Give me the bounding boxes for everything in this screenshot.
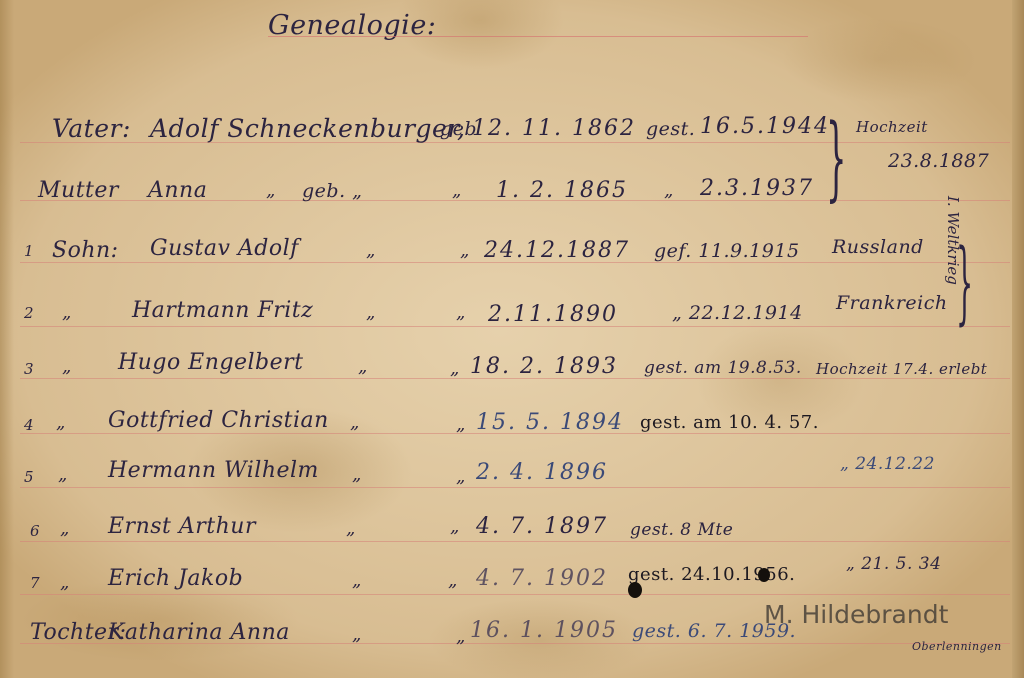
child-death-place: Frankreich — [836, 292, 948, 314]
ditto-mark: „ — [350, 412, 360, 433]
child-name: Hugo Engelbert — [118, 350, 304, 375]
ditto-mark: „ — [456, 302, 466, 323]
wedding-label: Hochzeit — [856, 118, 928, 136]
child-born-date: 24.12.1887 — [484, 238, 630, 263]
child-death-note: „ 22.12.1914 — [672, 302, 803, 324]
child-number: 5 — [24, 468, 34, 486]
ditto-mark: „ — [456, 466, 466, 487]
ditto-mark: „ — [266, 180, 276, 201]
child-born-date: 18. 2. 1893 — [470, 354, 618, 379]
ink-blot — [628, 582, 642, 598]
mother-born-label: geb. „ — [302, 180, 363, 202]
child-born-date: 15. 5. 1894 — [476, 410, 624, 435]
child-born-date: 4. 7. 1902 — [476, 566, 608, 591]
child-name: Gustav Adolf — [150, 236, 299, 261]
child-name: Ernst Arthur — [108, 514, 256, 539]
side-note-ww1: I. Weltkrieg — [944, 196, 962, 285]
ditto-mark: „ — [58, 464, 68, 485]
child-extra-note: „ 21. 5. 34 — [846, 554, 941, 574]
ditto-mark: „ — [456, 414, 466, 435]
ditto-mark: „ — [366, 240, 376, 261]
child-name: Hartmann Fritz — [132, 298, 313, 323]
child-death-note: gest. 24.10.1956. — [628, 564, 795, 585]
child-number: 7 — [30, 574, 40, 592]
mother-died-date: 2.3.1937 — [700, 176, 814, 201]
ditto-mark: „ — [450, 516, 460, 537]
mother-died-label: „ — [664, 180, 674, 201]
ditto-mark: „ — [346, 518, 356, 539]
child-role: Sohn: — [52, 238, 119, 263]
ditto-mark: „ — [62, 302, 72, 323]
father-died-label: gest. — [646, 118, 695, 140]
child-death-note: gest. 8 Mte — [630, 520, 733, 540]
child-number: 3 — [24, 360, 34, 378]
parents-brace: } — [826, 104, 846, 211]
ditto-mark: „ — [450, 358, 460, 379]
ditto-mark: „ — [60, 518, 70, 539]
father-died-date: 16.5.1944 — [700, 114, 830, 139]
watermark: M. Hildebrandt — [764, 600, 948, 629]
ruled-line — [20, 541, 1010, 542]
child-born-date: 2.11.1890 — [488, 302, 618, 327]
ditto-mark: „ — [358, 356, 368, 377]
child-born-date: 4. 7. 1897 — [476, 514, 608, 539]
ditto-mark: „ — [448, 570, 458, 591]
child-number: 2 — [24, 304, 34, 322]
ditto-mark: „ — [352, 570, 362, 591]
child-born-date: 2. 4. 1896 — [476, 460, 608, 485]
child-death-place: Russland — [832, 236, 924, 258]
document-page: Genealogie: Vater: Adolf Schneckenburger… — [0, 0, 1024, 678]
father-role: Vater: — [52, 114, 131, 143]
paper-edge-left — [0, 0, 14, 678]
ditto-mark: „ — [366, 302, 376, 323]
child-born-date: 16. 1. 1905 — [470, 618, 618, 643]
ruled-line — [20, 594, 1010, 595]
mother-name: Anna — [148, 178, 207, 203]
child-extra-note: Oberlenningen — [912, 640, 1002, 653]
child-extra-note: „ 24.12.22 — [840, 454, 935, 474]
ditto-mark: „ — [352, 624, 362, 645]
child-extra-note: Hochzeit 17.4. erlebt — [816, 360, 987, 378]
child-death-note: gest. am 10. 4. 57. — [640, 412, 819, 433]
title-underline — [268, 36, 808, 37]
ditto-mark: „ — [352, 464, 362, 485]
ditto-mark: „ — [460, 240, 470, 261]
child-name: Katharina Anna — [108, 620, 290, 645]
child-name: Erich Jakob — [108, 566, 243, 591]
child-number: 6 — [30, 522, 40, 540]
child-death-note: gest. am 19.8.53. — [644, 358, 802, 378]
child-death-note: gef. 11.9.1915 — [654, 240, 800, 262]
paper-edge-right — [1012, 0, 1024, 678]
ditto-mark: „ — [56, 412, 66, 433]
wedding-date: 23.8.1887 — [888, 150, 989, 172]
ditto-mark: „ — [452, 180, 462, 201]
father-born-date: 12. 11. 1862 — [472, 116, 636, 141]
mother-role: Mutter — [38, 178, 119, 203]
ink-blot — [758, 568, 770, 582]
ruled-line — [20, 487, 1010, 488]
ditto-mark: „ — [62, 356, 72, 377]
child-number: 1 — [24, 242, 34, 260]
child-name: Hermann Wilhelm — [108, 458, 319, 483]
ditto-mark: „ — [60, 572, 70, 593]
child-number: 4 — [24, 416, 34, 434]
ditto-mark: „ — [456, 626, 466, 647]
father-name: Adolf Schneckenburger, — [150, 114, 465, 143]
child-name: Gottfried Christian — [108, 408, 329, 433]
mother-born-date: 1. 2. 1865 — [496, 178, 628, 203]
